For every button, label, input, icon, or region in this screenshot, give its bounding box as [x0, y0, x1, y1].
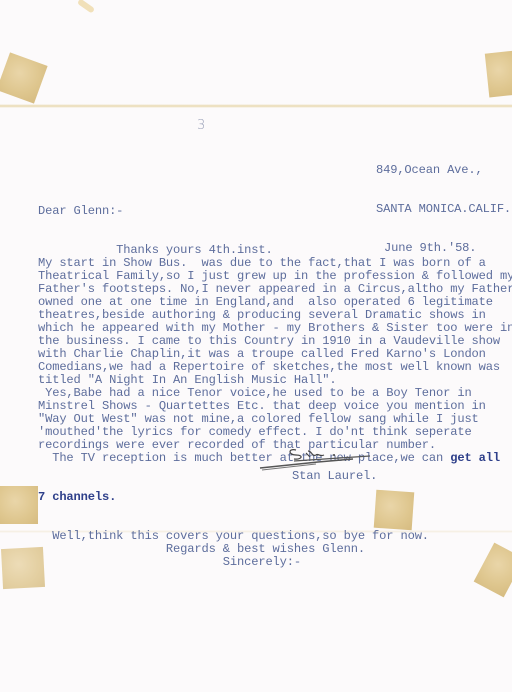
body-paragraphs: Thanks yours 4th.inst.My start in Show B…	[38, 244, 512, 465]
signer-name: Stan Laurel.	[292, 470, 377, 483]
emphasis-line: 7 channels.	[38, 490, 116, 504]
fold-crease	[0, 104, 512, 108]
page-number-mark: 3	[197, 118, 205, 133]
closing-line: Sincerely:-	[38, 556, 512, 569]
tape-mark	[0, 486, 38, 524]
letter-page: 3 849,Ocean Ave., SANTA MONICA.CALIF. Ju…	[0, 0, 512, 692]
tape-mark	[485, 51, 512, 98]
closing-emphasis: 7 channels.	[38, 491, 512, 504]
body-line-text: The TV reception is much better at the n…	[38, 451, 450, 465]
tape-mark	[0, 52, 48, 103]
closing-lines: Well,think this covers your questions,so…	[38, 530, 512, 569]
paper-stain	[77, 0, 95, 14]
address-street: 849,Ocean Ave.,	[376, 164, 511, 177]
letter-body: Dear Glenn:- Thanks yours 4th.inst.My st…	[38, 179, 512, 595]
emphasis-tail: get all	[450, 451, 500, 465]
salutation: Dear Glenn:-	[38, 205, 512, 218]
